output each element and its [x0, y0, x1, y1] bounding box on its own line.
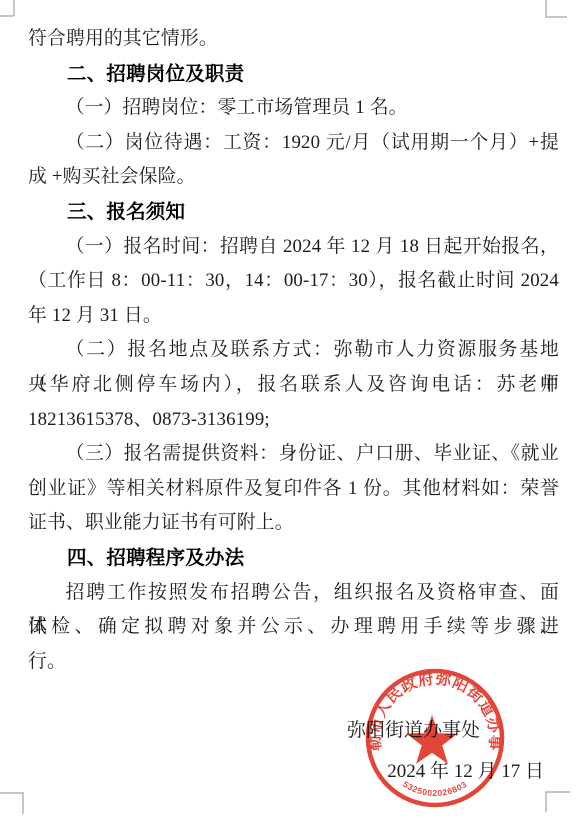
text-line: （工作日 8：00-11：30，14：00-17：30），报名截止时间 2024	[28, 264, 559, 299]
section-heading: 四、招聘程序及办法	[28, 541, 559, 576]
text-line: 体检、确定拟聘对象并公示、办理聘用手续等步骤进	[28, 610, 559, 645]
text-line: 招聘工作按照发布招聘公告，组织报名及资格审查、面试、	[28, 576, 559, 611]
crop-mark-top-left	[0, 15, 14, 17]
text-line: （二）报名地点及联系方式：弥勒市人力资源服务基地（中	[28, 333, 559, 368]
crop-mark-top-right	[545, 0, 547, 17]
text-line: 央华府北侧停车场内），报名联系人及咨询电话：苏老师	[28, 368, 559, 403]
crop-mark-bottom-left	[0, 792, 23, 794]
text-line: 符合聘用的其它情形。	[28, 22, 559, 57]
document-lines: 符合聘用的其它情形。二、招聘岗位及职责（一）招聘岗位：零工市场管理员 1 名。（…	[28, 22, 559, 679]
signature-block: 弥阳街道办事处 2024 年 12 月 17 日	[28, 710, 558, 792]
section-heading: 三、报名须知	[28, 195, 559, 230]
text-line: 18213615378、0873-3136199;	[28, 403, 559, 438]
section-heading: 二、招聘岗位及职责	[28, 57, 559, 92]
text-line: 行。	[28, 645, 559, 680]
text-line: （一）招聘岗位：零工市场管理员 1 名。	[28, 91, 559, 126]
document-page: 符合聘用的其它情形。二、招聘岗位及职责（一）招聘岗位：零工市场管理员 1 名。（…	[0, 0, 586, 818]
text-line: （三）报名需提供资料：身份证、户口册、毕业证、《就业	[28, 437, 559, 472]
text-line: 证书、职业能力证书有可附上。	[28, 506, 559, 541]
document-date: 2024 年 12 月 17 日	[28, 751, 558, 792]
crop-mark-bottom-left	[22, 792, 24, 814]
text-line: 成 +购买社会保险。	[28, 160, 559, 195]
crop-mark-top-left	[13, 0, 15, 16]
text-line: （一）报名时间：招聘自 2024 年 12 月 18 日起开始报名，	[28, 230, 559, 265]
text-line: 创业证》等相关材料原件及复印件各 1 份。其他材料如：荣誉	[28, 472, 559, 507]
signature-org: 弥阳街道办事处	[28, 710, 558, 751]
text-line: （二）岗位待遇：工资：1920 元/月（试用期一个月）+提	[28, 126, 559, 161]
text-line: 年 12 月 31 日。	[28, 299, 559, 334]
crop-mark-bottom-right	[545, 791, 547, 812]
crop-mark-top-right	[545, 16, 567, 18]
